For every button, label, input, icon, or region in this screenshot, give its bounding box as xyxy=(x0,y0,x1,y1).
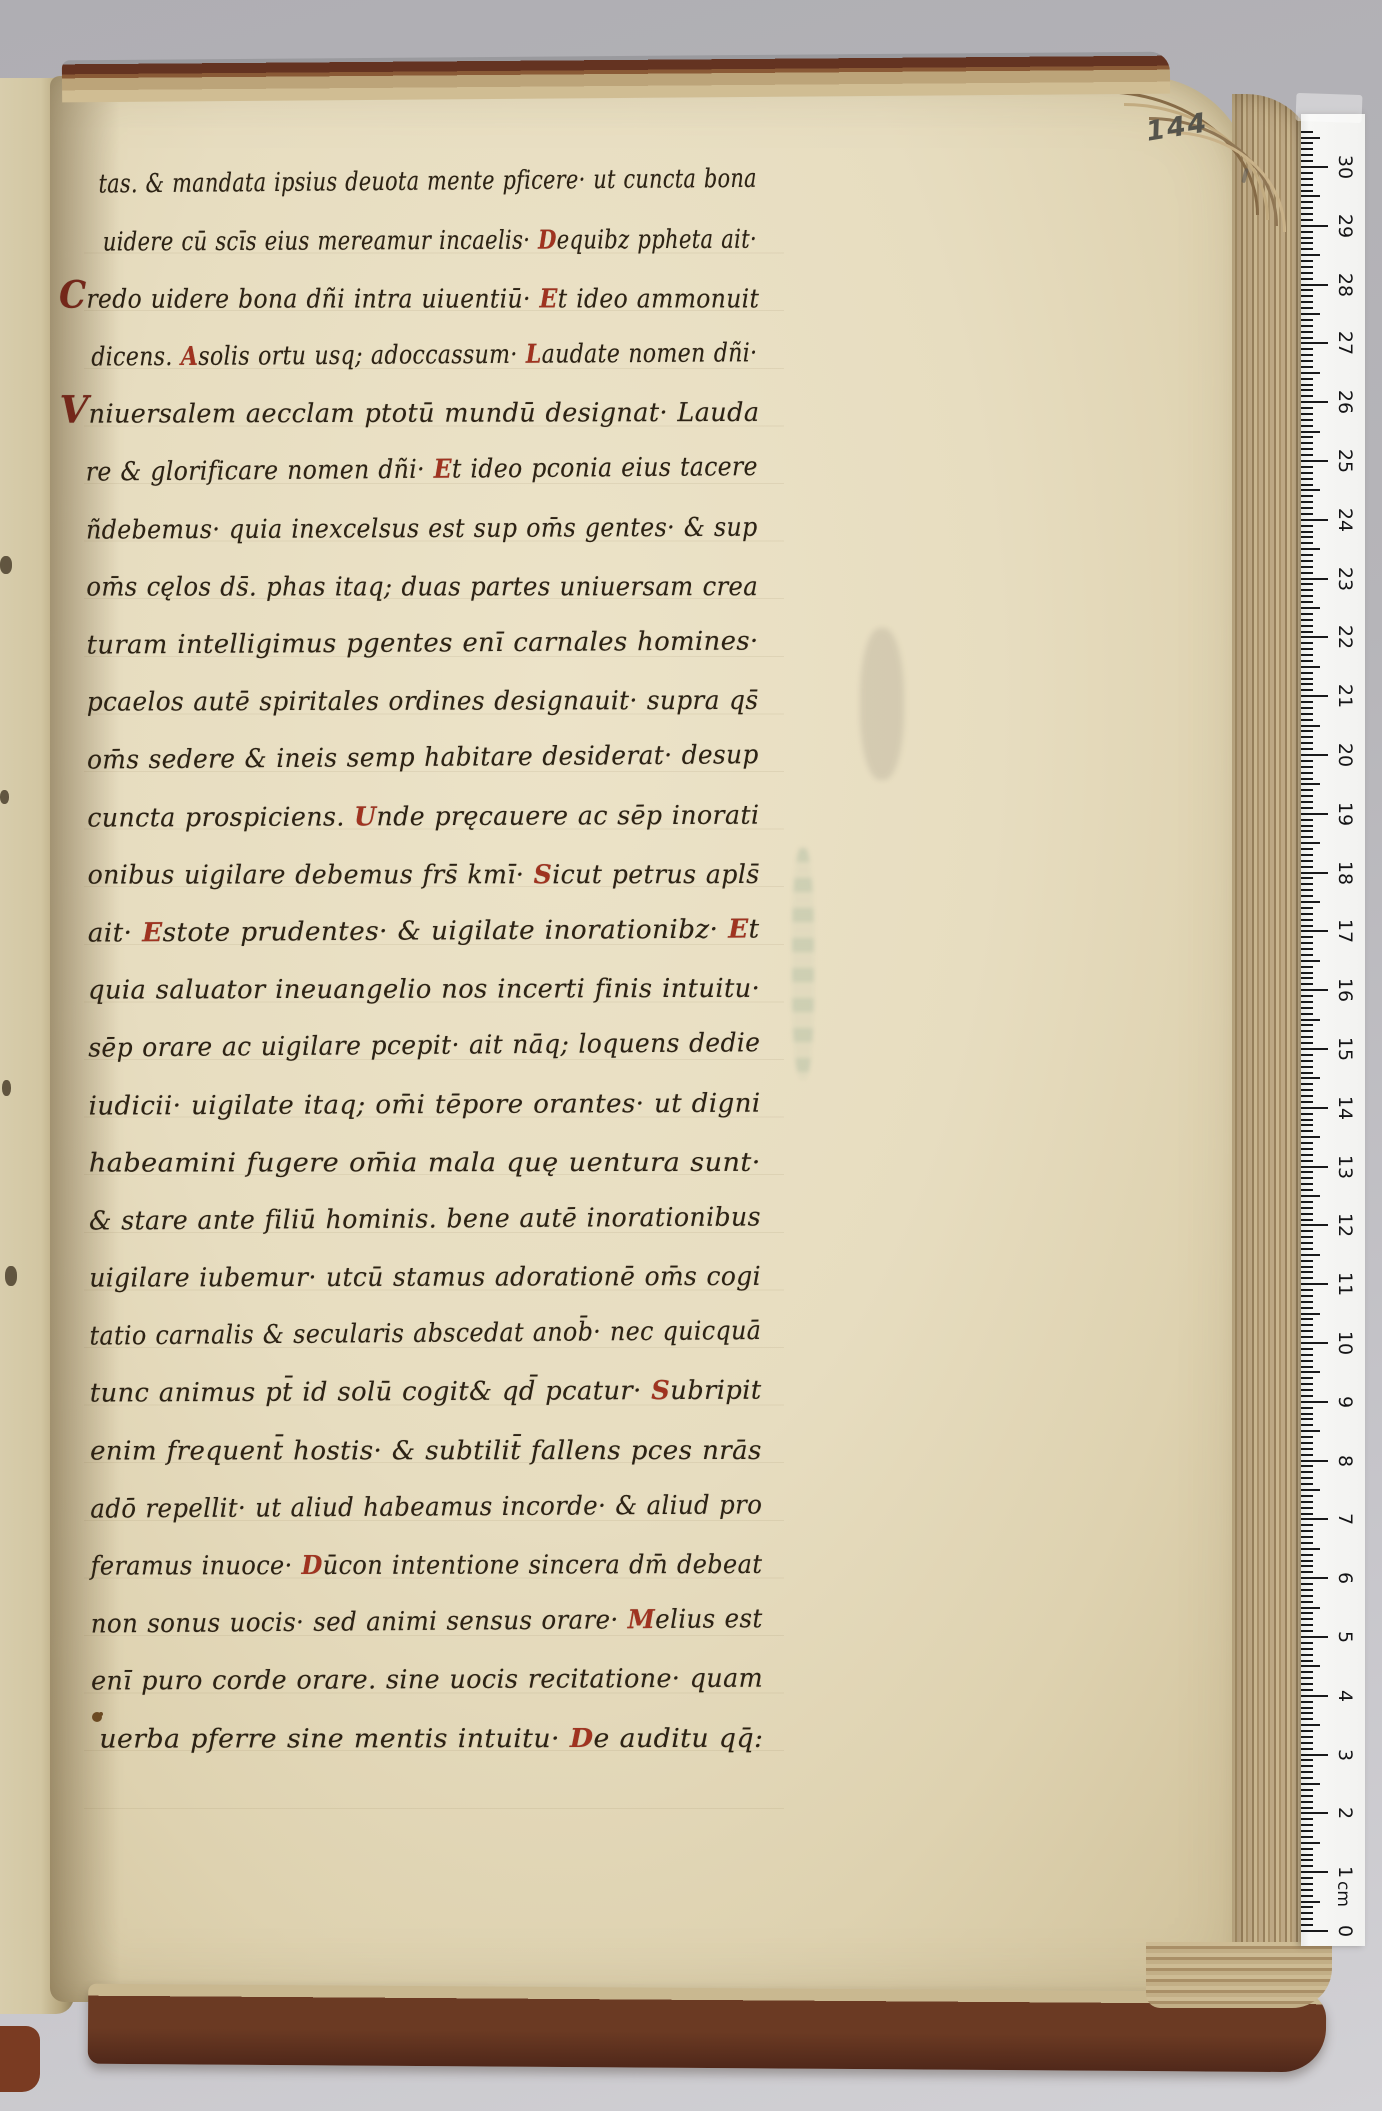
ruler-tick xyxy=(1301,1224,1328,1226)
ruler-tick xyxy=(1301,1418,1313,1420)
ruler-tick xyxy=(1301,278,1313,280)
manuscript-line: uidere cū scīs eius mereamur incaelis· D… xyxy=(103,224,795,285)
ruler-tick xyxy=(1301,366,1313,368)
ruler-tick xyxy=(1301,583,1313,585)
ruler-tick xyxy=(1301,201,1313,203)
text-segment: t ideo pconia eius tacere xyxy=(452,452,758,485)
ruler-tick xyxy=(1301,766,1313,768)
ruler-tick xyxy=(1301,360,1313,362)
ruler-tick xyxy=(1301,995,1313,997)
rubricated-letter: D xyxy=(538,225,557,255)
ruler-tick xyxy=(1301,1301,1313,1303)
ruler-tick xyxy=(1301,1072,1313,1074)
ruler-tick xyxy=(1301,578,1328,580)
ruler-tick xyxy=(1301,1101,1313,1103)
ruler-tick xyxy=(1301,1260,1313,1262)
ruler-tick xyxy=(1301,1654,1313,1656)
rubricated-letter: A xyxy=(181,342,199,372)
ruler-tick xyxy=(1301,1424,1313,1426)
ruler-number: 14 xyxy=(1331,1094,1359,1122)
ruler-tick xyxy=(1301,1083,1313,1085)
ruler-tick xyxy=(1301,1013,1313,1015)
ruler-tick xyxy=(1301,1054,1313,1056)
ruler-tick xyxy=(1301,1612,1313,1614)
ruler-tick xyxy=(1301,701,1313,703)
ruler-tick xyxy=(1301,472,1313,474)
ruler-tick xyxy=(1301,813,1328,815)
ruler-tick xyxy=(1301,1748,1313,1750)
ruler-tick xyxy=(1301,548,1320,550)
ruler-tick xyxy=(1301,654,1313,656)
ruler-tick xyxy=(1301,1689,1313,1691)
ruler-tick xyxy=(1301,1830,1313,1832)
ruler-number: 6 xyxy=(1331,1564,1359,1592)
ruler-number: 7 xyxy=(1331,1505,1359,1533)
ruler-tick xyxy=(1301,513,1313,515)
ruler-tick xyxy=(1301,295,1313,297)
ruler-tick xyxy=(1301,1601,1313,1603)
ruler-number: 15 xyxy=(1331,1035,1359,1063)
ruler-tick xyxy=(1301,254,1320,256)
ruler-tick xyxy=(1301,1436,1313,1438)
ruler-tick xyxy=(1301,736,1313,738)
manuscript-line: adō repellit· ut aliud habeamus incorde·… xyxy=(90,1491,800,1552)
ruler-tick xyxy=(1301,666,1320,668)
ruler-tick xyxy=(1301,1824,1313,1826)
ruler-tick xyxy=(1301,901,1320,903)
ruler-tick xyxy=(1301,466,1313,468)
manuscript-line-text: tunc animus pt̄ id solū cogit& qd̄ pcatu… xyxy=(90,1376,762,1409)
ruler-tick xyxy=(1301,642,1313,644)
ruler-tick xyxy=(1301,1577,1328,1579)
ruler-tick xyxy=(1301,1501,1313,1503)
ruler-tick xyxy=(1301,819,1313,821)
ruler-tick xyxy=(1301,1077,1320,1079)
ruler-number: 28 xyxy=(1331,271,1359,299)
ruler-tick xyxy=(1301,966,1313,968)
ruler-tick xyxy=(1301,1148,1313,1150)
ruler-tick xyxy=(1301,1460,1328,1462)
text-segment: turam intelligimus pgentes enī carnales … xyxy=(86,626,758,660)
text-segment: equibz ppheta ait· xyxy=(557,224,757,255)
ruler-tick xyxy=(1301,1759,1313,1761)
text-segment: tatio carnalis & secularis abscedat anob… xyxy=(89,1316,761,1351)
ruler-tick xyxy=(1301,1477,1313,1479)
ruler-tick xyxy=(1301,348,1313,350)
ruler-tick xyxy=(1301,1360,1313,1362)
ruler-tick xyxy=(1301,1142,1313,1144)
ruler-tick xyxy=(1301,1160,1313,1162)
manuscript-line-text: habeamini fugere om̄ia mala quę uentura … xyxy=(89,1148,761,1179)
ruler-tick xyxy=(1301,137,1320,139)
ruler-tick xyxy=(1301,866,1313,868)
ruler-tick xyxy=(1301,1124,1313,1126)
manuscript-line-text: ñdebemus· quia inexcelsus est sup om̄s g… xyxy=(86,512,758,545)
ruler-tick xyxy=(1301,1524,1313,1526)
ruler-tick xyxy=(1301,1518,1328,1520)
rubricated-letter: S xyxy=(534,860,553,890)
manuscript-line: ait· Estote prudentes· & uigilate inorat… xyxy=(88,915,798,976)
ruler-tick xyxy=(1301,248,1313,250)
ruler-tick xyxy=(1301,1207,1313,1209)
ruler-tick xyxy=(1301,1371,1320,1373)
manuscript-line: & stare ante filiū hominis. bene autē in… xyxy=(89,1203,799,1264)
rubricated-letter: V xyxy=(59,388,88,432)
ruler-tick xyxy=(1301,1254,1320,1256)
ruler-tick xyxy=(1301,142,1313,144)
ruler-tick xyxy=(1301,942,1313,944)
ruler-tick xyxy=(1301,1595,1313,1597)
manuscript-line-text: non sonus uocis· sed animi sensus orare·… xyxy=(91,1604,763,1639)
ruler-tick xyxy=(1301,754,1328,756)
ruler-tick xyxy=(1301,1848,1313,1850)
ruler-number: 12 xyxy=(1331,1211,1359,1239)
ruler-tick xyxy=(1301,331,1313,333)
ruler-tick xyxy=(1301,313,1320,315)
ruler-tick xyxy=(1301,1201,1313,1203)
ruler-tick xyxy=(1301,1859,1313,1861)
ruler-tick xyxy=(1301,484,1313,486)
ruler-tick xyxy=(1301,636,1328,638)
manuscript-line-text: adō repellit· ut aliud habeamus incorde·… xyxy=(90,1490,762,1524)
ruler-tick xyxy=(1301,460,1328,462)
manuscript-line: tatio carnalis & secularis abscedat anob… xyxy=(90,1318,800,1379)
text-segment: tunc animus pt̄ id solū cogit& qd̄ pcatu… xyxy=(90,1377,652,1409)
ruler-tick xyxy=(1301,1507,1313,1509)
ruler-tick xyxy=(1301,1395,1313,1397)
ruler-tick xyxy=(1301,631,1313,633)
text-segment: audate nomen dñi· xyxy=(542,338,758,369)
text-segment: ūcon intentione sincera dm̄ debeat xyxy=(323,1550,763,1581)
ruler-tick xyxy=(1301,1277,1313,1279)
ruler-tick xyxy=(1301,131,1313,133)
ruler-tick xyxy=(1301,801,1313,803)
text-segment: e auditu qq̄: xyxy=(593,1724,763,1754)
facing-page-text-fragment xyxy=(2,1080,11,1096)
ruler-number: 4 xyxy=(1331,1682,1359,1710)
ruler-tick xyxy=(1301,660,1313,662)
ruler-tick xyxy=(1301,1630,1313,1632)
ruler-number: 11 xyxy=(1331,1270,1359,1298)
rubricated-letter: C xyxy=(59,273,86,317)
ruler-tick xyxy=(1301,431,1320,433)
ruler-tick xyxy=(1301,860,1313,862)
ruler-number: 18 xyxy=(1331,859,1359,887)
ruler-tick xyxy=(1301,1465,1313,1467)
ruler-tick xyxy=(1301,319,1313,321)
ruler-tick xyxy=(1301,1171,1313,1173)
ruler-tick xyxy=(1301,272,1313,274)
ruler-tick xyxy=(1301,842,1320,844)
ruler-tick xyxy=(1301,1754,1328,1756)
ruler-tick xyxy=(1301,1683,1313,1685)
ruler-tick xyxy=(1301,413,1313,415)
ruler-tick xyxy=(1301,948,1313,950)
ruler-tick xyxy=(1301,1489,1320,1491)
ruler-tick xyxy=(1301,1795,1313,1797)
ruler-tick xyxy=(1301,1236,1313,1238)
ruler-tick xyxy=(1301,907,1313,909)
ruler-tick xyxy=(1301,919,1313,921)
ruler-tick xyxy=(1301,1242,1313,1244)
text-segment: cuncta prospiciens. xyxy=(87,802,354,833)
text-segment: enī puro corde orare. sine uocis recitat… xyxy=(91,1664,763,1697)
ruler-tick xyxy=(1301,1007,1313,1009)
manuscript-line: non sonus uocis· sed animi sensus orare·… xyxy=(91,1606,801,1667)
ruler-tick xyxy=(1301,1336,1313,1338)
manuscript-line-text: tatio carnalis & secularis abscedat anob… xyxy=(89,1316,761,1351)
ruler-tick xyxy=(1301,178,1313,180)
text-segment: tas. & mandata ipsius deuota mente pfice… xyxy=(98,164,757,200)
ruler-number: 13 xyxy=(1331,1153,1359,1181)
text-segment: ubripit xyxy=(670,1376,762,1406)
ruler-tick xyxy=(1301,707,1313,709)
manuscript-line: cuncta prospiciens. Unde pręcauere ac sē… xyxy=(87,800,797,861)
ruler-tick xyxy=(1301,237,1313,239)
ruler-tick xyxy=(1301,1448,1313,1450)
ruler-tick xyxy=(1301,342,1328,344)
ruler-tick xyxy=(1301,1471,1313,1473)
ruler-tick xyxy=(1301,854,1313,856)
ruler-tick xyxy=(1301,478,1313,480)
manuscript-line: onibus uigilare debemus frs̄ kmī· Sicut … xyxy=(88,858,798,919)
ruler-tick xyxy=(1301,307,1313,309)
ruler-tick xyxy=(1301,1060,1313,1062)
margin-smudge xyxy=(860,628,904,780)
ruler-tick xyxy=(1301,1771,1313,1773)
ruler-tick xyxy=(1301,1642,1313,1644)
manuscript-line: ñdebemus· quia inexcelsus est sup om̄s g… xyxy=(86,512,796,573)
ruler-tick xyxy=(1301,1024,1313,1026)
ruler-number: 25 xyxy=(1331,447,1359,475)
facing-page-text-fragment xyxy=(0,556,12,574)
manuscript-line-text: Credo uidere bona dñi intra uiuentiū· Et… xyxy=(59,285,759,315)
ruler-tick xyxy=(1301,442,1313,444)
manuscript-line-text: iudicii· uigilate itaq; om̄i tēpore oran… xyxy=(89,1088,761,1121)
manuscript-line: om̄s cęlos ds̄. phas itaq; duas partes u… xyxy=(86,570,796,631)
rubricated-letter: E xyxy=(728,914,749,944)
ruler-tick xyxy=(1301,1712,1313,1714)
manuscript-line-text: uidere cū scīs eius mereamur incaelis· D… xyxy=(103,224,757,257)
manuscript-line-text: tas. & mandata ipsius deuota mente pfice… xyxy=(98,164,757,200)
ruler-tick xyxy=(1301,960,1320,962)
text-segment: iudicii· uigilate itaq; om̄i tēpore oran… xyxy=(89,1088,761,1121)
ruler-tick xyxy=(1301,1366,1313,1368)
ruler-tick xyxy=(1301,1177,1313,1179)
ruler-number: 17 xyxy=(1331,917,1359,945)
ruler-number: 19 xyxy=(1331,800,1359,828)
ruler-tick xyxy=(1301,830,1313,832)
tape-strip xyxy=(1296,93,1363,123)
ruler-tick xyxy=(1301,454,1313,456)
ruler-tick xyxy=(1301,1389,1313,1391)
ruler-number: 1 xyxy=(1331,1858,1359,1886)
manuscript-line: re & glorificare nomen dñi· Et ideo pcon… xyxy=(86,454,796,515)
ruler-tick xyxy=(1301,1854,1313,1856)
ruler-tick xyxy=(1301,1183,1313,1185)
facing-page-text-fragment xyxy=(0,790,9,804)
ruler-tick xyxy=(1301,930,1328,932)
ruler-number: 27 xyxy=(1331,329,1359,357)
manuscript-line-text: feramus inuoce· Dūcon intentione sincera… xyxy=(91,1550,763,1582)
ruler-tick xyxy=(1301,1036,1313,1038)
ruler-tick xyxy=(1301,1166,1328,1168)
manuscript-line-text: quia saluator ineuangelio nos incerti fi… xyxy=(88,974,760,1006)
ruler-tick xyxy=(1301,1742,1313,1744)
ruler-tick xyxy=(1301,1089,1313,1091)
ruler-tick xyxy=(1301,678,1313,680)
ruler-tick xyxy=(1301,1030,1313,1032)
ruler-tick xyxy=(1301,1695,1328,1697)
ruler-tick xyxy=(1301,836,1313,838)
ruler-tick xyxy=(1301,301,1313,303)
ruler-tick xyxy=(1301,872,1328,874)
ruler-tick xyxy=(1301,148,1313,150)
text-segment: ait· xyxy=(88,918,143,948)
book-bottom-cover-edge xyxy=(88,1984,1327,2073)
ruler-number: 23 xyxy=(1331,565,1359,593)
ruler-tick xyxy=(1301,1230,1313,1232)
ruler-tick xyxy=(1301,913,1313,915)
rubricated-letter: S xyxy=(651,1376,670,1406)
ruler-tick xyxy=(1301,1195,1320,1197)
ruler-tick xyxy=(1301,1801,1313,1803)
ruler-tick xyxy=(1301,389,1313,391)
ruler-tick xyxy=(1301,1401,1328,1403)
ruler-tick xyxy=(1301,795,1313,797)
manuscript-line-text: om̄s cęlos ds̄. phas itaq; duas partes u… xyxy=(86,572,758,602)
text-segment: sēp orare ac uigilare pcepit· ait nāq; l… xyxy=(88,1028,760,1063)
ruler-tick xyxy=(1301,1430,1320,1432)
ruler-tick xyxy=(1301,531,1313,533)
ruler-tick xyxy=(1301,1383,1313,1385)
ruler-tick xyxy=(1301,977,1313,979)
ruler-tick xyxy=(1301,748,1313,750)
ruler-tick xyxy=(1301,725,1320,727)
text-segment: adō repellit· ut aliud habeamus incorde·… xyxy=(90,1490,762,1524)
text-segment: t ideo ammonuit xyxy=(558,285,760,315)
ruler-number: 0 xyxy=(1331,1917,1359,1945)
ruler-tick xyxy=(1301,1530,1313,1532)
manuscript-line: feramus inuoce· Dūcon intentione sincera… xyxy=(91,1549,801,1610)
ruler-tick xyxy=(1301,1624,1313,1626)
ruler-tick xyxy=(1301,325,1313,327)
manuscript-line-text: Vniuersalem aecclam ptotū mundū designat… xyxy=(60,398,760,430)
ruler-tick xyxy=(1301,825,1313,827)
ruler-tick xyxy=(1301,1454,1313,1456)
ruler-tick xyxy=(1301,613,1313,615)
ruler-tick xyxy=(1301,1718,1313,1720)
ruler-tick xyxy=(1301,883,1313,885)
ruler-tick xyxy=(1301,1636,1328,1638)
ruler-tick xyxy=(1301,154,1313,156)
ruler-tick xyxy=(1301,384,1313,386)
text-segment: uigilare iubemur· utcū stamus adorationē… xyxy=(89,1262,761,1294)
ruler-tick xyxy=(1301,266,1313,268)
ruler-tick xyxy=(1301,730,1313,732)
manuscript-line: tas. & mandata ipsius deuota mente pfice… xyxy=(98,166,794,227)
ruler-number: 16 xyxy=(1331,976,1359,1004)
text-segment: uerba pferre sine mentis intuitu· xyxy=(99,1724,570,1754)
ruler-tick xyxy=(1301,1701,1313,1703)
manuscript-line-text: om̄s sedere & ineis semp habitare deside… xyxy=(87,740,759,775)
text-segment: feramus inuoce· xyxy=(91,1551,302,1582)
ruler-tick xyxy=(1301,1912,1313,1914)
rubricated-letter: L xyxy=(526,339,542,369)
manuscript-line-text: uerba pferre sine mentis intuitu· De aud… xyxy=(99,1724,763,1755)
ruler-tick xyxy=(1301,1895,1313,1897)
rubricated-letter: E xyxy=(539,285,557,315)
ruler-tick xyxy=(1301,683,1313,685)
manuscript-line-text: sēp orare ac uigilare pcepit· ait nāq; l… xyxy=(88,1028,760,1063)
ruler-tick xyxy=(1301,1542,1313,1544)
ruler-tick xyxy=(1301,1113,1313,1115)
cm-ruler: cm 0123456789101112131415161718192021222… xyxy=(1301,114,1365,1946)
ruler-tick xyxy=(1301,1906,1313,1908)
ruler-tick xyxy=(1301,225,1328,227)
ruler-tick xyxy=(1301,1307,1313,1309)
text-segment: ñdebemus· quia inexcelsus est sup om̄s g… xyxy=(86,512,758,545)
manuscript-line-text: uigilare iubemur· utcū stamus adorationē… xyxy=(89,1262,761,1294)
text-segment: elius est xyxy=(655,1604,763,1635)
ruler-tick xyxy=(1301,619,1313,621)
ruler-number: 10 xyxy=(1331,1329,1359,1357)
manuscript-text-block: tas. & mandata ipsius deuota mente pfice… xyxy=(84,166,801,1782)
ruler-tick xyxy=(1301,436,1313,438)
ruler-tick xyxy=(1301,1248,1313,1250)
ruler-number: 3 xyxy=(1331,1741,1359,1769)
ruler-tick xyxy=(1301,807,1313,809)
manuscript-line-text: onibus uigilare debemus frs̄ kmī· Sicut … xyxy=(88,860,760,891)
rubricated-letter: E xyxy=(142,918,163,948)
ruler-tick xyxy=(1301,1354,1313,1356)
ruler-tick xyxy=(1301,1442,1313,1444)
ruler-tick xyxy=(1301,1560,1313,1562)
text-segment: niuersalem aecclam ptotū mundū designat·… xyxy=(89,398,760,430)
ruler-tick xyxy=(1301,954,1313,956)
manuscript-line: habeamini fugere om̄ia mala quę uentura … xyxy=(89,1146,799,1207)
ruler-tick xyxy=(1301,501,1313,503)
ruler-tick xyxy=(1301,1930,1328,1932)
ruler-tick xyxy=(1301,1671,1313,1673)
ruler-tick xyxy=(1301,1724,1320,1726)
ruler-tick xyxy=(1301,1413,1313,1415)
ruler-tick xyxy=(1301,525,1313,527)
ruler-tick xyxy=(1301,231,1313,233)
ruler-tick xyxy=(1301,695,1328,697)
manuscript-line: sēp orare ac uigilare pcepit· ait nāq; l… xyxy=(88,1030,798,1091)
manuscript-line-text: enī puro corde orare. sine uocis recitat… xyxy=(91,1664,763,1697)
text-segment: re & glorificare nomen dñi· xyxy=(86,455,434,488)
ruler-tick xyxy=(1301,1271,1313,1273)
ruler-number: 8 xyxy=(1331,1447,1359,1475)
book-top-cover-edge xyxy=(62,52,1170,103)
ruler-tick xyxy=(1301,260,1313,262)
manuscript-line-text: enim frequent̄ hostis· & subtilit̄ falle… xyxy=(90,1436,762,1467)
text-segment: dicens. xyxy=(91,342,181,373)
ruler-number: 22 xyxy=(1331,623,1359,651)
ruler-tick xyxy=(1301,160,1313,162)
text-segment: quia saluator ineuangelio nos incerti fi… xyxy=(88,974,760,1006)
ruler-tick xyxy=(1301,1871,1328,1873)
text-segment: enim frequent̄ hostis· & subtilit̄ falle… xyxy=(90,1436,762,1467)
ruler-tick xyxy=(1301,1783,1320,1785)
manuscript-line: om̄s sedere & ineis semp habitare deside… xyxy=(87,742,797,803)
ruler-tick xyxy=(1301,601,1313,603)
ruler-tick xyxy=(1301,219,1313,221)
ruler-tick xyxy=(1301,1648,1313,1650)
manuscript-line: uerba pferre sine mentis intuitu· De aud… xyxy=(99,1721,801,1782)
